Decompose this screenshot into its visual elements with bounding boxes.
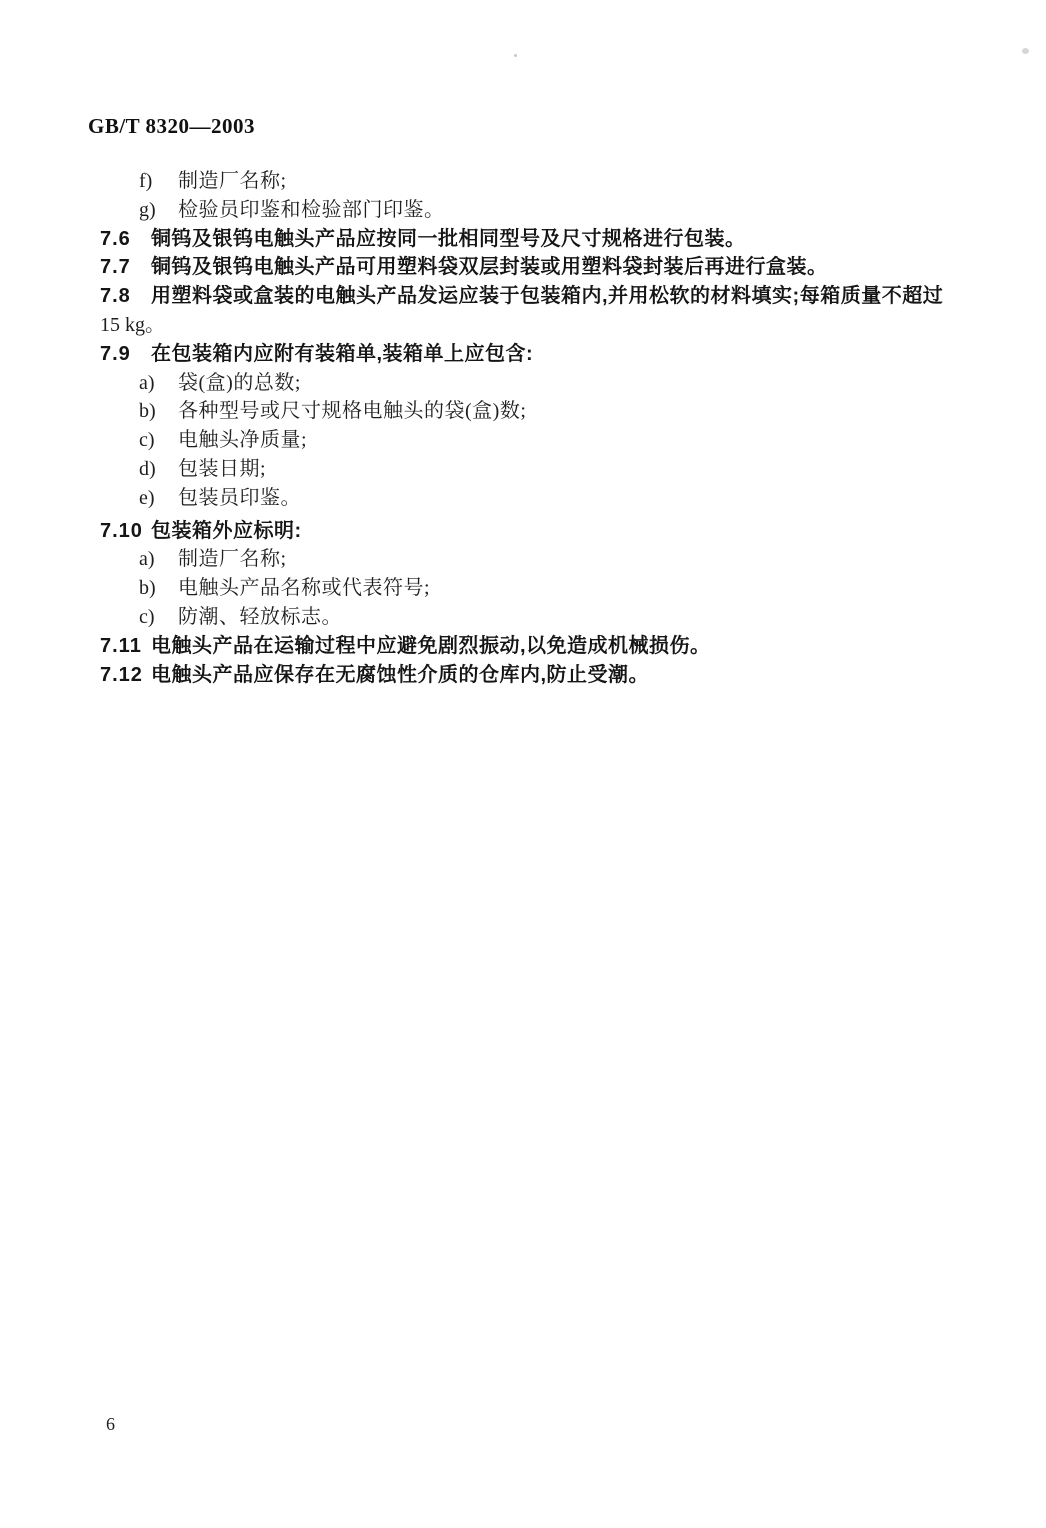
clause-number: 7.9 <box>100 340 131 369</box>
line-text: 制造厂名称; <box>178 167 287 196</box>
item-letter: c) <box>139 426 155 455</box>
line-text: 检验员印鉴和检验部门印鉴。 <box>178 196 445 225</box>
page-number: 6 <box>106 1412 115 1436</box>
list-item-line: c)电触头净质量; <box>0 426 1046 455</box>
continuation-line: 15 kg。 <box>0 311 1046 340</box>
line-text: 各种型号或尺寸规格电触头的袋(盒)数; <box>178 397 526 426</box>
clause-number: 7.8 <box>100 282 131 311</box>
line-text: 电触头产品名称或代表符号; <box>178 574 430 603</box>
document-body: f)制造厂名称;g)检验员印鉴和检验部门印鉴。7.6铜钨及银钨电触头产品应按同一… <box>0 167 1046 689</box>
clause-line: 7.9在包装箱内应附有装箱单,装箱单上应包含: <box>0 340 1046 369</box>
line-text: 电触头净质量; <box>178 426 307 455</box>
item-letter: a) <box>139 545 155 574</box>
item-letter: d) <box>139 455 156 484</box>
clause-number: 7.10 <box>100 517 143 546</box>
list-item-line: g)检验员印鉴和检验部门印鉴。 <box>0 196 1046 225</box>
item-letter: f) <box>139 167 152 196</box>
line-text: 防潮、轻放标志。 <box>178 603 342 632</box>
list-item-line: e)包装员印鉴。 <box>0 484 1046 513</box>
scan-speck <box>1022 48 1029 54</box>
list-item-line: b)各种型号或尺寸规格电触头的袋(盒)数; <box>0 397 1046 426</box>
scan-speck <box>514 54 517 57</box>
item-letter: g) <box>139 196 156 225</box>
item-letter: c) <box>139 603 155 632</box>
list-item-line: f)制造厂名称; <box>0 167 1046 196</box>
item-letter: a) <box>139 369 155 398</box>
line-text: 包装箱外应标明: <box>151 517 302 546</box>
clause-line: 7.8用塑料袋或盒装的电触头产品发运应装于包装箱内,并用松软的材料填实;每箱质量… <box>0 282 1046 311</box>
line-text: 铜钨及银钨电触头产品应按同一批相同型号及尺寸规格进行包装。 <box>151 225 746 254</box>
list-item-line: d)包装日期; <box>0 455 1046 484</box>
line-text: 制造厂名称; <box>178 545 287 574</box>
list-item-line: a)制造厂名称; <box>0 545 1046 574</box>
line-text: 用塑料袋或盒装的电触头产品发运应装于包装箱内,并用松软的材料填实;每箱质量不超过 <box>151 282 943 311</box>
line-text: 电触头产品应保存在无腐蚀性介质的仓库内,防止受潮。 <box>151 661 649 690</box>
item-letter: e) <box>139 484 155 513</box>
line-text: 袋(盒)的总数; <box>178 369 301 398</box>
clause-line: 7.12电触头产品应保存在无腐蚀性介质的仓库内,防止受潮。 <box>0 661 1046 690</box>
line-text: 包装日期; <box>178 455 266 484</box>
list-item-line: a)袋(盒)的总数; <box>0 369 1046 398</box>
clause-number: 7.6 <box>100 225 131 254</box>
line-text: 包装员印鉴。 <box>178 484 301 513</box>
line-text: 铜钨及银钨电触头产品可用塑料袋双层封装或用塑料袋封装后再进行盒装。 <box>151 253 828 282</box>
clause-line: 7.6铜钨及银钨电触头产品应按同一批相同型号及尺寸规格进行包装。 <box>0 225 1046 254</box>
clause-number: 7.11 <box>100 632 142 661</box>
line-text: 电触头产品在运输过程中应避免剧烈振动,以免造成机械损伤。 <box>151 632 711 661</box>
line-text: 在包装箱内应附有装箱单,装箱单上应包含: <box>151 340 533 369</box>
item-letter: b) <box>139 574 156 603</box>
item-letter: b) <box>139 397 156 426</box>
line-text: 15 kg。 <box>100 311 165 340</box>
list-item-line: b)电触头产品名称或代表符号; <box>0 574 1046 603</box>
clause-number: 7.7 <box>100 253 131 282</box>
clause-line: 7.7铜钨及银钨电触头产品可用塑料袋双层封装或用塑料袋封装后再进行盒装。 <box>0 253 1046 282</box>
clause-number: 7.12 <box>100 661 143 690</box>
list-item-line: c)防潮、轻放标志。 <box>0 603 1046 632</box>
clause-line: 7.11电触头产品在运输过程中应避免剧烈振动,以免造成机械损伤。 <box>0 632 1046 661</box>
standard-number: GB/T 8320—2003 <box>88 114 255 138</box>
document-page: GB/T 8320—2003 f)制造厂名称;g)检验员印鉴和检验部门印鉴。7.… <box>0 0 1046 1528</box>
clause-line: 7.10包装箱外应标明: <box>0 517 1046 546</box>
